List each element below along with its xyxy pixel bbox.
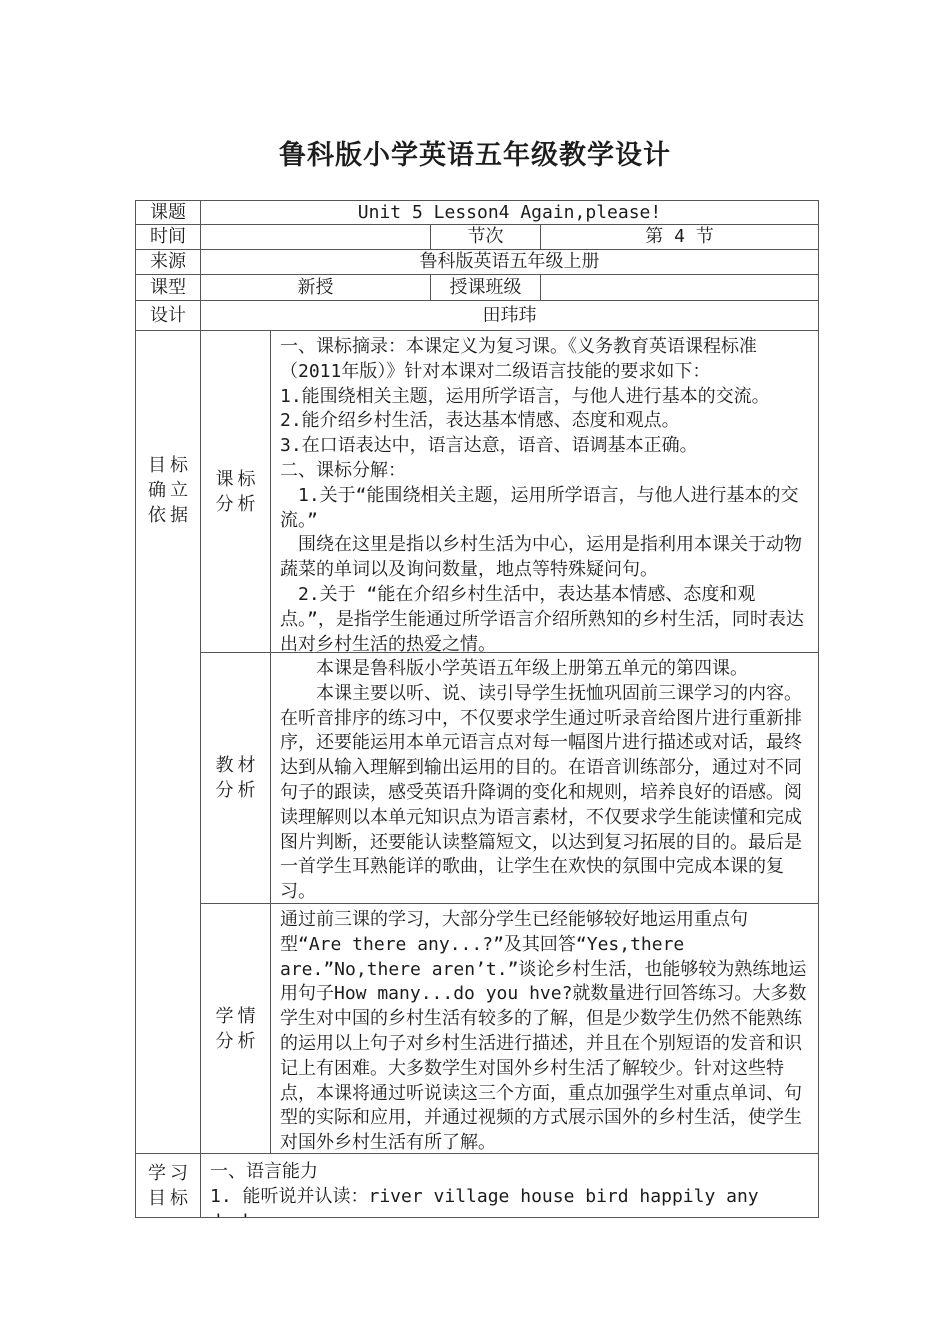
curriculum-label-line1: 课标 xyxy=(212,467,260,492)
curriculum-paragraph: 1.关于“能围绕相关主题，运用所学语言，与他人进行基本的交流。” xyxy=(280,484,809,534)
curriculum-paragraph: 一、课标摘录：本课定义为复习课。《义务教育英语课程标准（2011年版）》针对本课… xyxy=(280,335,809,385)
curriculum-analysis-text: 一、课标摘录：本课定义为复习课。《义务教育英语课程标准（2011年版）》针对本课… xyxy=(271,331,819,653)
goal-basis-label-line3: 依据 xyxy=(144,503,192,528)
learner-label-line2: 分析 xyxy=(212,1029,260,1054)
material-analysis-label: 教材 分析 xyxy=(201,653,271,904)
row-goal-basis: 目标 确立 依据 课标 分析 一、课标摘录：本课定义为复习课。《义务教育英语课程… xyxy=(136,331,819,1154)
learner-analysis-label: 学情 分析 xyxy=(201,904,271,1154)
goal-basis-label-line2: 确立 xyxy=(144,478,192,503)
goal-basis-label: 目标 确立 依据 xyxy=(136,331,201,1154)
course-type-label: 课型 xyxy=(136,275,201,301)
goal-basis-sections: 课标 分析 一、课标摘录：本课定义为复习课。《义务教育英语课程标准（2011年版… xyxy=(201,331,819,1154)
objectives-label-line2: 目标 xyxy=(144,1186,192,1211)
session-label: 节次 xyxy=(431,225,541,250)
time-value xyxy=(201,225,431,250)
goal-basis-label-line1: 目标 xyxy=(144,453,192,478)
learner-analysis-text: 通过前三课的学习，大部分学生已经能够较好地运用重点句型“Are there an… xyxy=(271,904,819,1154)
curriculum-analysis-label: 课标 分析 xyxy=(201,331,271,653)
source-value: 鲁科版英语五年级上册 xyxy=(201,250,819,275)
section-curriculum-analysis: 课标 分析 一、课标摘录：本课定义为复习课。《义务教育英语课程标准（2011年版… xyxy=(201,331,819,653)
material-paragraph: 本课是鲁科版小学英语五年级上册第五单元的第四课。 xyxy=(280,657,809,682)
curriculum-paragraph: 二、课标分解： xyxy=(280,459,809,484)
section-learner-analysis: 学情 分析 通过前三课的学习，大部分学生已经能够较好地运用重点句型“Are th… xyxy=(201,904,819,1154)
curriculum-label-line2: 分析 xyxy=(212,492,260,517)
objectives-label: 学习 目标 xyxy=(136,1154,201,1218)
row-time: 时间 节次 第 4 节 xyxy=(136,225,819,250)
row-subject: 课题 Unit 5 Lesson4 Again,please! xyxy=(136,201,819,225)
document-page: 鲁科版小学英语五年级教学设计 课题 Unit 5 Lesson4 Again,p… xyxy=(0,0,950,1344)
objectives-paragraph: 1. 能听说并认读：river village house bird happi… xyxy=(210,1184,809,1218)
time-label: 时间 xyxy=(136,225,201,250)
page-title: 鲁科版小学英语五年级教学设计 xyxy=(0,133,950,172)
objectives-text: 一、语言能力 1. 能听说并认读：river village house bir… xyxy=(201,1154,819,1218)
row-course-type: 课型 新授 授课班级 xyxy=(136,275,819,301)
class-value xyxy=(541,275,819,301)
material-label-line1: 教材 xyxy=(212,753,260,778)
material-label-line2: 分析 xyxy=(212,778,260,803)
curriculum-paragraph: 3.在口语表达中，语言达意，语音、语调基本正确。 xyxy=(280,434,809,459)
curriculum-paragraph: 围绕在这里是指以乡村生活为中心，运用是指利用本课关于动物蔬菜的单词以及询问数量，… xyxy=(280,533,809,583)
lesson-design-table: 课题 Unit 5 Lesson4 Again,please! 时间 节次 第 … xyxy=(135,200,819,1218)
objectives-paragraph: 一、语言能力 xyxy=(210,1159,809,1184)
class-label: 授课班级 xyxy=(431,275,541,301)
row-designer: 设计 田玮玮 xyxy=(136,301,819,331)
section-material-analysis: 教材 分析 本课是鲁科版小学英语五年级上册第五单元的第四课。 本课主要以听、说、… xyxy=(201,653,819,904)
row-source: 来源 鲁科版英语五年级上册 xyxy=(136,250,819,275)
row-objectives: 学习 目标 一、语言能力 1. 能听说并认读：river village hou… xyxy=(136,1154,819,1218)
course-type-value: 新授 xyxy=(201,275,431,301)
objectives-label-line1: 学习 xyxy=(144,1161,192,1186)
curriculum-paragraph: 2.能介绍乡村生活，表达基本情感、态度和观点。 xyxy=(280,409,809,434)
subject-value: Unit 5 Lesson4 Again,please! xyxy=(201,201,819,225)
learner-label-line1: 学情 xyxy=(212,1004,260,1029)
curriculum-paragraph: 2.关于 “能在介绍乡村生活中，表达基本情感、态度和观点。”，是指学生能通过所学… xyxy=(280,583,809,653)
session-value: 第 4 节 xyxy=(541,225,819,250)
material-analysis-text: 本课是鲁科版小学英语五年级上册第五单元的第四课。 本课主要以听、说、读引导学生抚… xyxy=(271,653,819,904)
material-paragraph: 本课主要以听、说、读引导学生抚恤巩固前三课学习的内容。在听音排序的练习中，不仅要… xyxy=(280,682,809,904)
source-label: 来源 xyxy=(136,250,201,275)
subject-label: 课题 xyxy=(136,201,201,225)
curriculum-paragraph: 1.能围绕相关主题，运用所学语言，与他人进行基本的交流。 xyxy=(280,385,809,410)
learner-paragraph: 通过前三课的学习，大部分学生已经能够较好地运用重点句型“Are there an… xyxy=(280,908,809,1154)
designer-value: 田玮玮 xyxy=(201,301,819,331)
designer-label: 设计 xyxy=(136,301,201,331)
